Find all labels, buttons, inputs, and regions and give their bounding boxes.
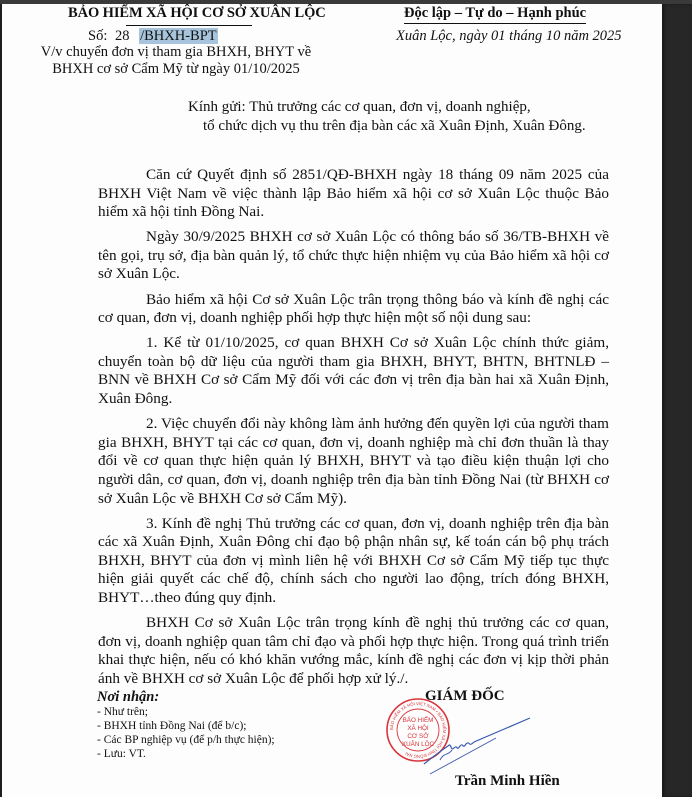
recipients-list-item: - Các BP nghiệp vụ (để p/h thực hiện); [97,733,275,747]
recipients-list-item: - BHXH tỉnh Đồng Nai (để b/c); [97,719,275,733]
paragraph: BHXH Cơ sở Xuân Lộc trân trọng kính đề n… [98,614,609,688]
recipients-list-item: - Như trên; [97,705,275,719]
document-page: BẢO HIỂM XÃ HỘI CƠ SỞ XUÂN LỘC Độc lập –… [2,4,662,797]
handwritten-signature-icon [422,716,532,778]
document-number: Số: 28 /BHXH-BPT [88,28,218,45]
subject-line-1: V/v chuyển đơn vị tham gia BHXH, BHYT về [36,44,316,61]
recipient-block: Kính gửi: Thủ trưởng các cơ quan, đơn vị… [188,98,586,136]
viewer-right-pane [662,4,692,797]
subject-line-2: BHXH cơ sở Cẩm Mỹ từ ngày 01/10/2025 [36,61,316,78]
recipient-line-2: tổ chức dịch vụ thu trên địa bàn các xã … [188,117,586,136]
paragraph: 1. Kể từ 01/10/2025, cơ quan BHXH Cơ sở … [98,334,609,408]
subject: V/v chuyển đơn vị tham gia BHXH, BHYT về… [36,44,316,78]
recipients-list: Nơi nhận: - Như trên; - BHXH tỉnh Đồng N… [97,690,275,761]
doc-number-value: 28 [115,28,130,44]
doc-number-label: Số: [88,28,107,44]
recipients-list-item: - Lưu: VT. [97,747,275,761]
signer-name: Trần Minh Hiền [455,773,560,790]
recipient-line-1: Kính gửi: Thủ trưởng các cơ quan, đơn vị… [188,99,531,115]
organization-underline [126,25,252,26]
doc-number-suffix-selected[interactable]: /BHXH-BPT [139,28,218,44]
paragraph: 3. Kính đề nghị Thủ trưởng các cơ quan, … [98,515,609,608]
paragraph: Bảo hiểm xã hội Cơ sở Xuân Lộc trân trọn… [98,291,609,328]
body-text: Căn cứ Quyết định số 2851/QĐ-BHXH ngày 1… [98,166,609,695]
paragraph: Ngày 30/9/2025 BHXH cơ sở Xuân Lộc có th… [98,228,609,284]
recipients-list-title: Nơi nhận: [97,690,275,705]
organization-name: BẢO HIỂM XÃ HỘI CƠ SỞ XUÂN LỘC [68,5,298,22]
national-motto: Độc lập – Tự do – Hạnh phúc [404,5,586,24]
paragraph: 2. Việc chuyển đổi này không làm ảnh hưở… [98,415,609,508]
paragraph: Căn cứ Quyết định số 2851/QĐ-BHXH ngày 1… [98,166,609,222]
place-date: Xuân Lộc, ngày 01 tháng 10 năm 2025 [396,28,622,45]
